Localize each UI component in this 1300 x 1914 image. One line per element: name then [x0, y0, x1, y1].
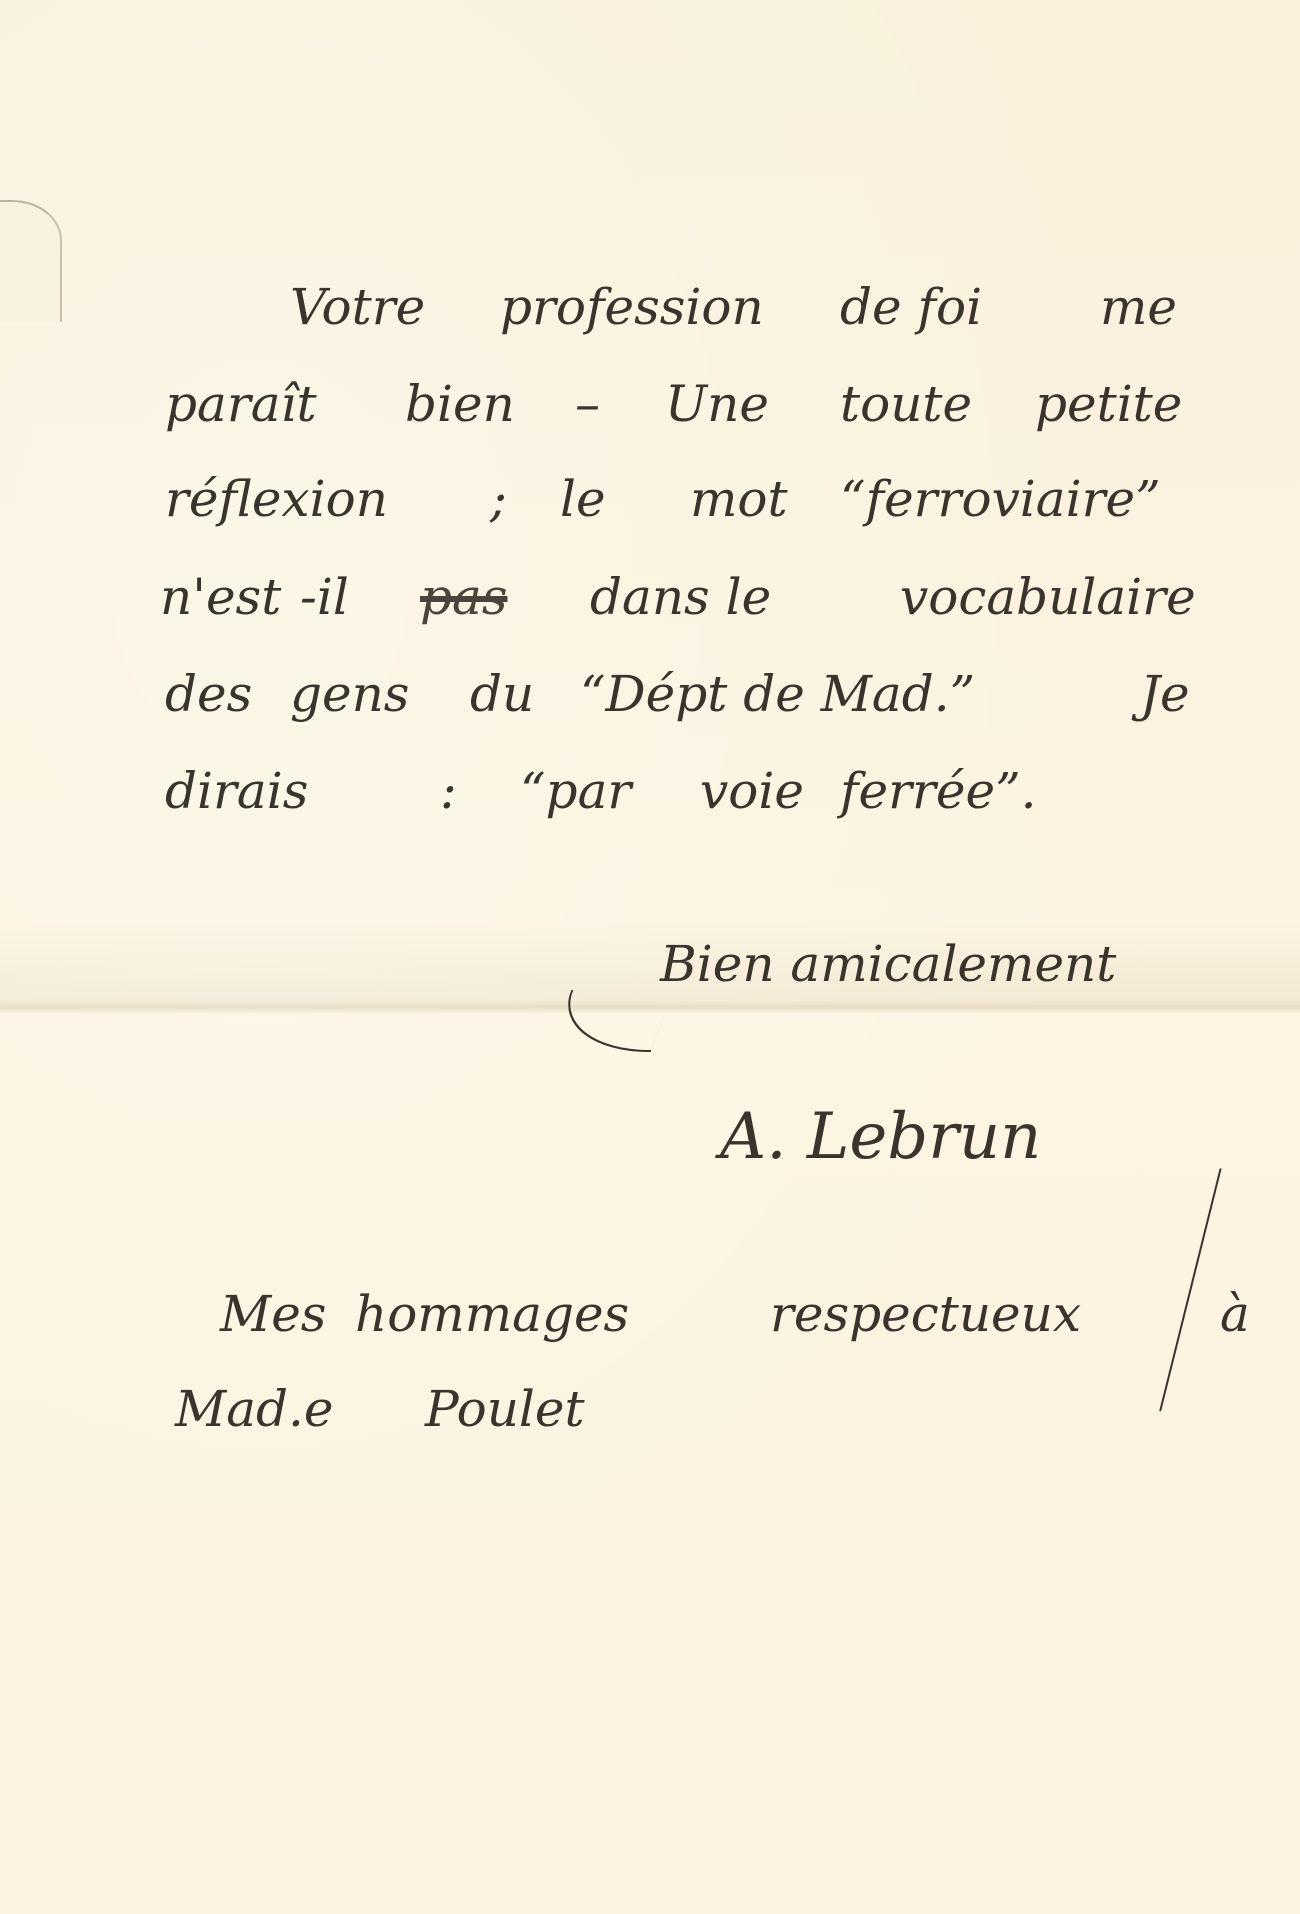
- word-de-foi: de foi: [840, 278, 982, 336]
- semicolon: ;: [490, 470, 507, 528]
- word-gens: gens: [290, 665, 409, 723]
- word-il: -il: [300, 568, 349, 626]
- ps-word-respectueux: respectueux: [770, 1285, 1081, 1343]
- signature-paraph: [1120, 1159, 1221, 1412]
- word-nest: n'est: [160, 568, 281, 626]
- word-ferree: ferrée”.: [840, 762, 1037, 820]
- word-me: me: [1100, 278, 1177, 336]
- signature: A. Lebrun: [720, 1100, 1041, 1174]
- word-une: Une: [665, 375, 769, 433]
- word-je: Je: [1140, 665, 1190, 723]
- word-dept-de-mad: “Dépt de Mad.”: [580, 665, 975, 723]
- torn-corner: [0, 200, 62, 322]
- ps-word-a: à: [1220, 1285, 1250, 1343]
- word-des: des: [165, 665, 252, 723]
- word-votre: Votre: [290, 278, 425, 336]
- word-mot: mot: [690, 470, 788, 528]
- word-reflexion: réflexion: [165, 470, 388, 528]
- word-voie: voie: [700, 762, 804, 820]
- ps-word-madame: Mad.e: [175, 1380, 334, 1438]
- closing-flourish: [549, 990, 674, 1052]
- struck-word-pas: pas: [420, 568, 507, 626]
- ps-word-mes: Mes: [220, 1285, 326, 1343]
- word-par: “par: [520, 762, 631, 820]
- word-bien: bien: [405, 375, 515, 433]
- word-parait: paraît: [165, 375, 317, 433]
- dash: –: [575, 375, 600, 433]
- word-petite: petite: [1035, 375, 1182, 433]
- letter-page: Votre profession de foi me paraît bien –…: [0, 0, 1300, 1914]
- closing-text: Bien amicalement: [660, 935, 1116, 993]
- word-le: le: [560, 470, 606, 528]
- word-du: du: [470, 665, 534, 723]
- word-vocabulaire: vocabulaire: [900, 568, 1196, 626]
- word-ferroviaire: “ferroviaire”: [840, 470, 1161, 528]
- word-profession: profession: [500, 278, 764, 336]
- ps-word-poulet: Poulet: [425, 1380, 585, 1438]
- word-dirais: dirais: [165, 762, 308, 820]
- word-toute: toute: [840, 375, 972, 433]
- ps-word-hommages: hommages: [355, 1285, 629, 1343]
- word-dans-le: dans le: [590, 568, 771, 626]
- colon: :: [440, 762, 457, 820]
